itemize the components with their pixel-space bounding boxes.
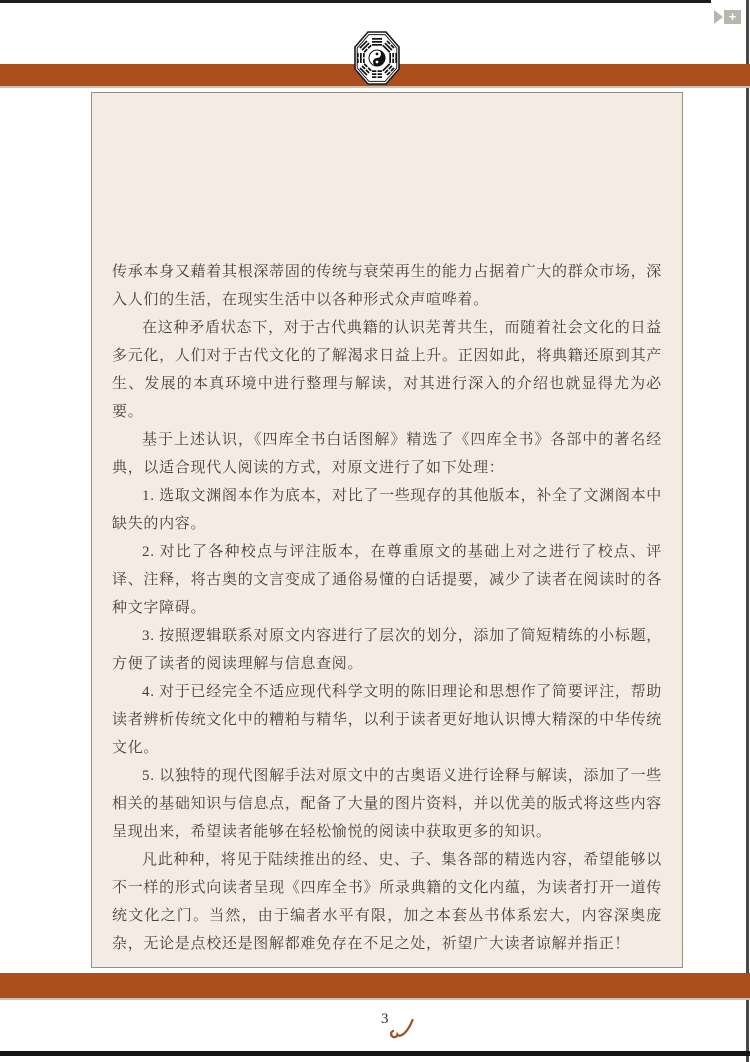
chevron-right-icon bbox=[714, 10, 723, 24]
body-paragraph: 传承本身又藉着其根深蒂固的传统与衰荣再生的能力占据着广大的群众市场，深入人们的生… bbox=[112, 258, 662, 314]
page-footer: 3 bbox=[0, 1008, 750, 1050]
top-border-line bbox=[0, 0, 711, 3]
body-paragraph: 3. 按照逻辑联系对原文内容进行了层次的划分，添加了简短精练的小标题，方便了读者… bbox=[112, 622, 662, 678]
body-text: 传承本身又藉着其根深蒂固的传统与衰荣再生的能力占据着广大的群众市场，深入人们的生… bbox=[112, 258, 662, 958]
body-paragraph: 5. 以独特的现代图解手法对原文中的古奥语义进行诠释与解读，添加了一些相关的基础… bbox=[112, 762, 662, 846]
body-paragraph: 2. 对比了各种校点与评注版本，在尊重原文的基础上对之进行了校点、评译、注释，将… bbox=[112, 538, 662, 622]
body-paragraph: 凡此种种，将见于陆续推出的经、史、子、集各部的精选内容，希望能够以不一样的形式向… bbox=[112, 846, 662, 958]
bagua-taiji-emblem bbox=[354, 31, 400, 85]
body-paragraph: 在这种矛盾状态下，对于古代典籍的认识芜菁共生，而随着社会文化的日益多元化，人们对… bbox=[112, 314, 662, 426]
brush-flourish-icon bbox=[389, 1017, 415, 1041]
plus-icon: + bbox=[724, 10, 741, 24]
page-number: 3 bbox=[381, 1011, 389, 1028]
body-paragraph: 1. 选取文渊阁本作为底本，对比了一些现存的其他版本，补全了文渊阁本中缺失的内容… bbox=[112, 482, 662, 538]
bottom-border-line bbox=[0, 1051, 750, 1056]
book-page: + 传承本身又藉着 bbox=[0, 0, 750, 1062]
bookmark-add-button[interactable]: + bbox=[714, 10, 741, 24]
content-panel: 传承本身又藉着其根深蒂固的传统与衰荣再生的能力占据着广大的群众市场，深入人们的生… bbox=[91, 92, 683, 968]
bottom-accent-band bbox=[0, 973, 750, 1000]
right-border-line bbox=[746, 0, 749, 1062]
body-paragraph: 4. 对于已经完全不适应现代科学文明的陈旧理论和思想作了简要评注，帮助读者辨析传… bbox=[112, 678, 662, 762]
body-paragraph: 基于上述认识，《四库全书白话图解》精选了《四库全书》各部中的著名经典，以适合现代… bbox=[112, 426, 662, 482]
